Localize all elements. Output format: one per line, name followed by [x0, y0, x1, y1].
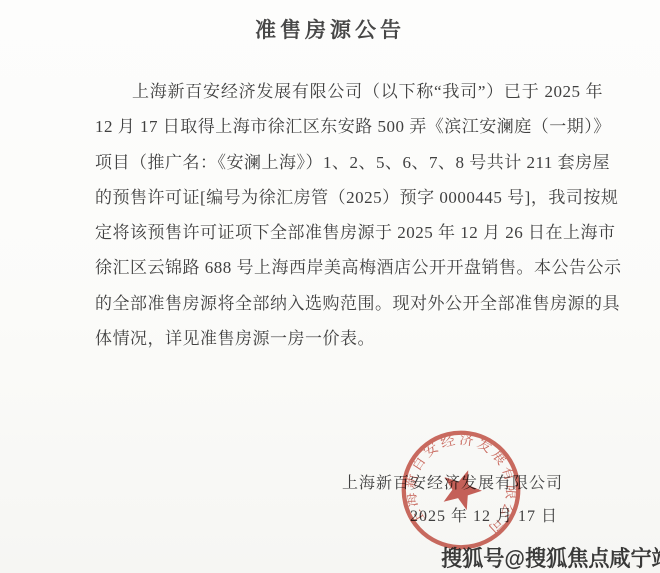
document-body: 上海新百安经济发展有限公司（以下称“我司”）已于 2025 年 12 月 17 …: [95, 74, 603, 356]
announcement-document: 准售房源公告 上海新百安经济发展有限公司（以下称“我司”）已于 2025 年 1…: [0, 0, 660, 573]
body-line: 的预售许可证[编号为徐汇房管（2025）预字 0000445 号]，我司按规: [95, 180, 603, 215]
body-line: 体情况，详见准售房源一房一价表。: [95, 321, 603, 356]
body-line: 定将该预售许可证项下全部准售房源于 2025 年 12 月 26 日在上海市: [95, 215, 603, 250]
body-line: 12 月 17 日取得上海市徐汇区东安路 500 弄《滨江安澜庭（一期）》: [95, 109, 603, 144]
body-line: 徐汇区云锦路 688 号上海西岸美高梅酒店公开开盘销售。本公告公示: [95, 250, 603, 285]
body-line: 项目（推广名：《安澜上海》）1、2、5、6、7、8 号共计 211 套房屋: [95, 145, 603, 180]
body-line: 的全部准售房源将全部纳入选购范围。现对外公开全部准售房源的具: [95, 286, 603, 321]
sohu-watermark: 搜狐号@搜狐焦点咸宁站: [441, 542, 660, 573]
signature-company-name: 上海新百安经济发展有限公司: [342, 470, 563, 493]
signature-date: 2025 年 12 月 17 日: [410, 503, 558, 526]
body-line: 上海新百安经济发展有限公司（以下称“我司”）已于 2025 年: [95, 74, 603, 109]
document-title: 准售房源公告: [0, 14, 660, 44]
